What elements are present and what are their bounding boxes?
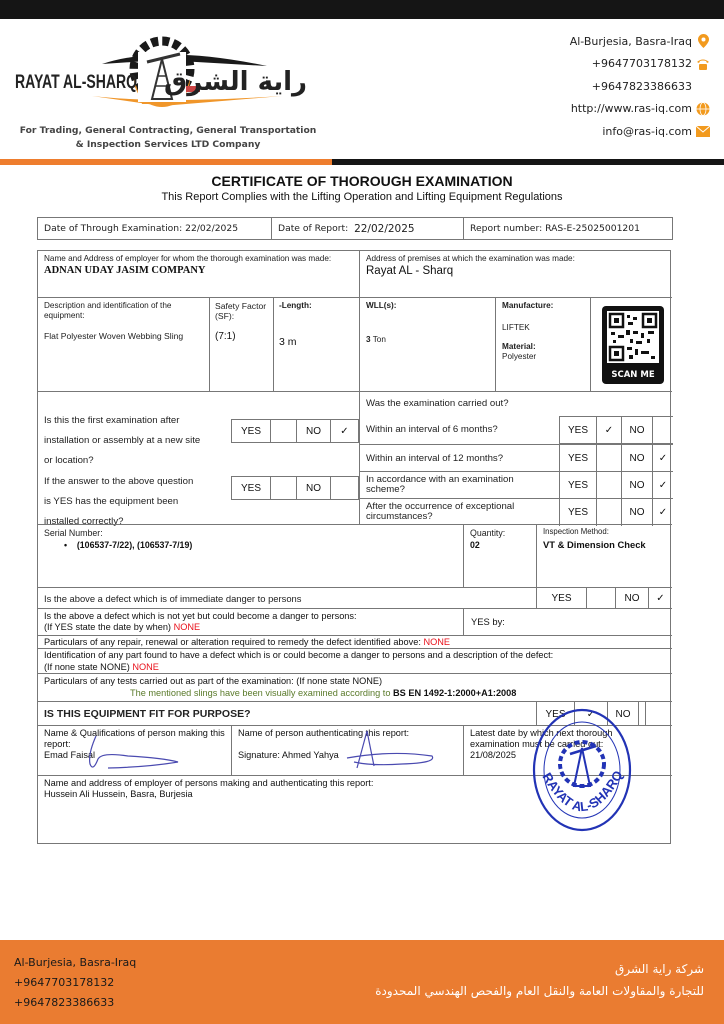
contact-block: Al-Burjesia, Basra-Iraq +9647703178132 +…: [570, 30, 710, 143]
examination-scheme-row: In accordance with an examination scheme…: [360, 471, 673, 498]
first-exam-no-checkbox[interactable]: ✓: [331, 420, 358, 442]
interval-12-no-checkbox[interactable]: ✓: [653, 445, 673, 471]
employer-cell: Name and Address of employer for whom th…: [38, 251, 359, 297]
first-exam-yes-no: YES NO ✓: [231, 419, 359, 443]
serial-number-cell: Serial Number: • (106537-7/22), (106537-…: [38, 524, 463, 587]
qr-cell: SCAN ME: [590, 297, 672, 391]
carried-out-heading: Was the examination carried out?: [366, 398, 509, 409]
fit-no-checkbox[interactable]: [639, 702, 645, 726]
report-number-field: Report number: RAS-E-25025001201: [464, 218, 672, 239]
interval-6-yes-checkbox[interactable]: ✓: [597, 417, 622, 443]
date-bar: Date of Through Examination: 22/02/2025 …: [37, 217, 673, 240]
reporting-employer-cell: Name and address of employer of persons …: [38, 775, 672, 845]
footer-phone-2[interactable]: +9647823386633: [14, 993, 136, 1013]
repair-value: NONE: [423, 637, 450, 647]
repair-row: Particulars of any repair, renewal or al…: [38, 635, 672, 648]
examination-form: Name and Address of employer for whom th…: [37, 250, 671, 844]
installed-correctly-question: If the answer to the above question is Y…: [44, 472, 193, 532]
exam-date-field: Date of Through Examination: 22/02/2025: [38, 218, 272, 239]
safety-factor-value: (7:1): [215, 331, 268, 342]
tests-row: Particulars of any tests carried out as …: [38, 673, 672, 701]
fit-yes-checkbox[interactable]: ✓: [575, 702, 608, 726]
tagline-line-2: & Inspection Services LTD Company: [18, 138, 318, 152]
company-logo: RAYAT AL-SHARQ راية الشرق: [12, 24, 312, 119]
equipment-description-cell: Description and identification of the eq…: [38, 297, 209, 391]
footer-address: Al-Burjesia, Basra-Iraq: [14, 953, 136, 973]
header-divider-orange: [0, 159, 332, 165]
company-tagline: For Trading, General Contracting, Genera…: [18, 124, 318, 152]
identification-value: NONE: [132, 662, 159, 672]
authenticator-cell: Name of person authenticating this repor…: [231, 725, 463, 775]
safety-factor-cell: Safety Factor (SF): (7:1): [209, 297, 273, 391]
exceptional-no-checkbox[interactable]: ✓: [653, 499, 673, 526]
footer-contacts: Al-Burjesia, Basra-Iraq +9647703178132 +…: [14, 953, 136, 1013]
maker-signature-icon: [68, 734, 188, 774]
quantity-value: 02: [470, 540, 530, 550]
contact-address: Al-Burjesia, Basra-Iraq: [570, 30, 710, 53]
yes-by-cell: YES by:: [463, 608, 672, 635]
footer-arabic-name: شركة راية الشرق للتجارة والمقاولات العام…: [375, 958, 704, 1002]
first-exam-question: Is this the first examination after inst…: [44, 411, 200, 471]
globe-icon: [696, 102, 710, 116]
exceptional-circumstances-row: After the occurrence of exceptional circ…: [360, 498, 673, 525]
manufacture-cell: Manufacture: LIFTEK Material: Polyester: [495, 297, 590, 391]
length-value: 3 m: [279, 336, 354, 348]
contact-website[interactable]: http://www.ras-iq.com: [570, 98, 710, 121]
wll-value: 3 Ton: [366, 335, 489, 345]
identification-row: Identification of any part found to have…: [38, 648, 672, 673]
potential-danger-cell: Is the above a defect which is not yet b…: [38, 608, 463, 635]
employer-name: ADNAN UDAY JASIM COMPANY: [44, 265, 353, 276]
inspection-method-value: VT & Dimension Check: [543, 539, 666, 550]
certificate-title: CERTIFICATE OF THOROUGH EXAMINATION: [0, 173, 724, 189]
inspection-method-cell: Inspection Method: VT & Dimension Check: [536, 524, 672, 587]
installed-correctly-no-checkbox[interactable]: [331, 477, 358, 499]
report-date-field: Date of Report: 22/02/2025: [272, 218, 464, 239]
scheme-no-checkbox[interactable]: ✓: [653, 472, 673, 498]
installed-correctly-yes-no: YES NO: [231, 476, 359, 500]
tests-value: The mentioned slings have been visually …: [44, 687, 666, 699]
next-exam-cell: Latest date by which next thorough exami…: [463, 725, 672, 775]
contact-phone-1[interactable]: +9647703178132: [570, 53, 710, 76]
certificate-subtitle: This Report Complies with the Lifting Op…: [0, 191, 724, 203]
wll-cell: WLL(s): 3 Ton: [359, 297, 495, 391]
examination-interval-questions: Was the examination carried out? Within …: [359, 391, 672, 524]
scheme-yes-checkbox[interactable]: [597, 472, 622, 498]
installation-questions: Is this the first examination after inst…: [38, 391, 359, 524]
premises-cell: Address of premises at which the examina…: [359, 251, 672, 297]
interval-6-months-row: Within an interval of 6 months? YES ✓ NO: [360, 416, 673, 444]
svg-text:راية الشرق: راية الشرق: [164, 67, 307, 97]
first-exam-yes-checkbox[interactable]: [271, 420, 297, 442]
qr-pattern-icon: [607, 311, 659, 363]
serial-number-value: • (106537-7/22), (106537-7/19): [44, 540, 457, 550]
top-bar: [0, 0, 724, 19]
installed-correctly-yes-checkbox[interactable]: [271, 477, 297, 499]
authenticator-signature-icon: [312, 728, 462, 773]
svg-text:RAYAT AL-SHARQ: RAYAT AL-SHARQ: [15, 72, 137, 93]
exceptional-yes-checkbox[interactable]: [597, 499, 622, 526]
interval-12-yes-checkbox[interactable]: [597, 445, 622, 471]
fit-for-purpose-row: IS THIS EQUIPMENT FIT FOR PURPOSE? YES ✓…: [38, 701, 672, 725]
length-cell: -Length: 3 m: [273, 297, 359, 391]
immediate-yes-checkbox[interactable]: [587, 588, 616, 609]
contact-email[interactable]: info@ras-iq.com: [570, 120, 710, 143]
location-pin-icon: [696, 34, 710, 48]
tagline-line-1: For Trading, General Contracting, Genera…: [18, 124, 318, 138]
material-value: Polyester: [502, 352, 584, 362]
potential-danger-value: NONE: [174, 622, 201, 632]
interval-12-months-row: Within an interval of 12 months? YES NO …: [360, 444, 673, 471]
next-exam-date: 21/08/2025: [470, 750, 666, 761]
envelope-icon: [696, 124, 710, 138]
reporting-employer-value: Hussein Ali Hussein, Basra, Burjesia: [44, 789, 666, 800]
equipment-description: Flat Polyester Woven Webbing Sling: [44, 331, 203, 341]
quantity-cell: Quantity: 02: [463, 524, 536, 587]
phone-icon: [696, 57, 710, 71]
footer-phone-1[interactable]: +9647703178132: [14, 973, 136, 993]
contact-phone-2[interactable]: +9647823386633: [570, 75, 710, 98]
immediate-no-checkbox[interactable]: ✓: [649, 588, 672, 609]
interval-6-no-checkbox[interactable]: [653, 417, 673, 443]
header-divider-black: [332, 159, 724, 165]
qr-code[interactable]: SCAN ME: [602, 306, 664, 384]
manufacture-value: LIFTEK: [502, 323, 584, 333]
premises-value: Rayat AL - Sharq: [366, 265, 666, 277]
immediate-danger-row: Is the above a defect which is of immedi…: [38, 587, 672, 608]
report-maker-cell: Name & Qualifications of person making t…: [38, 725, 231, 775]
